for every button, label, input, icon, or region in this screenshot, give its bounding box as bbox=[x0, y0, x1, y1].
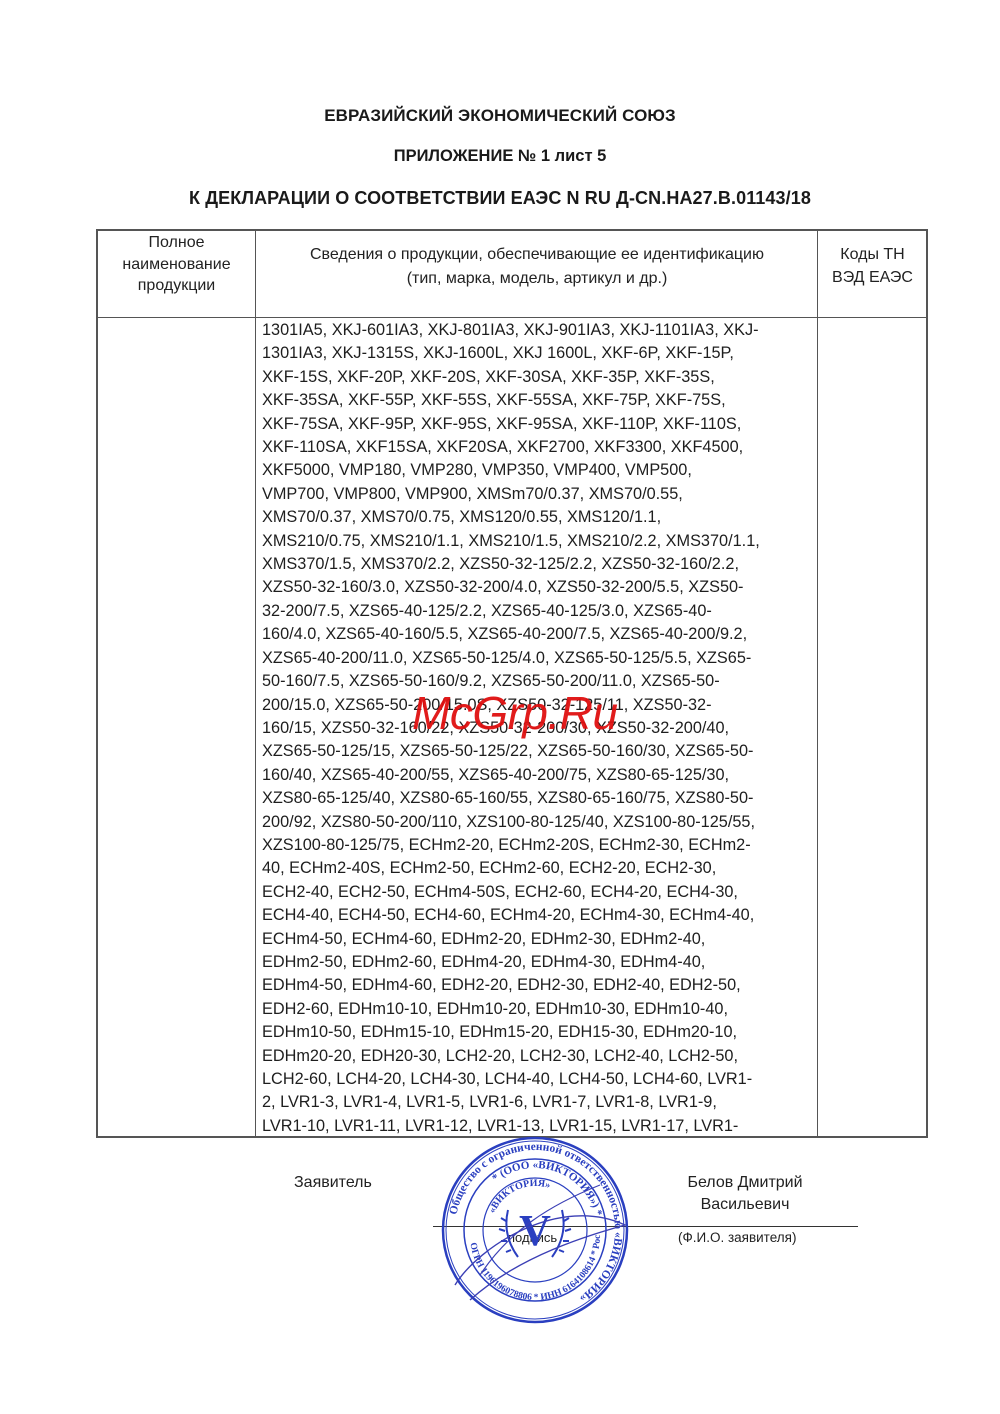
applicant-label: Заявитель bbox=[294, 1174, 372, 1192]
header-line: ВЭД ЕАЭС bbox=[819, 266, 926, 289]
identification-line: XMS370/1.5, XMS370/2.2, XZS50-32-125/2.2… bbox=[262, 553, 814, 576]
identification-line: ECHm4-50, ECHm4-60, EDHm2-20, EDHm2-30, … bbox=[262, 928, 814, 951]
identification-line: XZS100-80-125/75, ECHm2-20, ECHm2-20S, E… bbox=[262, 834, 814, 857]
column-header-identification: Сведения о продукции, обеспечивающие ее … bbox=[257, 243, 817, 329]
identification-line: EDHm20-20, EDH20-30, LCH2-20, LCH2-30, L… bbox=[262, 1045, 814, 1068]
products-table: Полное наименование продукции Сведения о… bbox=[96, 229, 928, 1138]
company-stamp: Общество с ограниченной ответственностью… bbox=[440, 1135, 630, 1325]
identification-line: XKF-35SA, XKF-55P, XKF-55S, XKF-55SA, XK… bbox=[262, 389, 814, 412]
declaration-title: К ДЕКЛАРАЦИИ О СООТВЕТСТВИИ ЕАЭС N RU Д-… bbox=[0, 188, 1000, 209]
applicant-name-line1: Белов Дмитрий bbox=[680, 1174, 810, 1192]
identification-line: XZS65-40-200/11.0, XZS65-50-125/4.0, XZS… bbox=[262, 647, 814, 670]
identification-line: XKF5000, VMP180, VMP280, VMP350, VMP400,… bbox=[262, 459, 814, 482]
header-line: (тип, марка, модель, артикул и др.) bbox=[257, 267, 817, 291]
stamp-emblem-letter: V bbox=[519, 1206, 551, 1255]
identification-cell: 1301IA5, XKJ-601IA3, XKJ-801IA3, XKJ-901… bbox=[262, 319, 814, 1138]
identification-line: XZS50-32-160/3.0, XZS50-32-200/4.0, XZS5… bbox=[262, 576, 814, 599]
identification-line: 40, ECHm2-40S, ECHm2-50, ECHm2-60, ECH2-… bbox=[262, 857, 814, 880]
identification-line: EDHm4-50, EDHm4-60, EDH2-20, EDH2-30, ED… bbox=[262, 974, 814, 997]
identification-line: XMS210/0.75, XMS210/1.1, XMS210/1.5, XMS… bbox=[262, 530, 814, 553]
identification-line: 1301IA3, XKJ-1315S, XKJ-1600L, XKJ 1600L… bbox=[262, 342, 814, 365]
applicant-name-line2: Васильевич bbox=[680, 1196, 810, 1214]
identification-line: 160/4.0, XZS65-40-160/5.5, XZS65-40-200/… bbox=[262, 623, 814, 646]
column-header-product-name: Полное наименование продукции bbox=[98, 232, 255, 318]
identification-line: 200/15.0, XZS65-50-200/15.0S, XZS50-32-1… bbox=[262, 694, 814, 717]
identification-line: XKF-15S, XKF-20P, XKF-20S, XKF-30SA, XKF… bbox=[262, 366, 814, 389]
identification-line: 160/15, XZS50-32-160/22, XZS50-32-200/30… bbox=[262, 717, 814, 740]
identification-line: XKF-110SA, XKF15SA, XKF20SA, XKF2700, XK… bbox=[262, 436, 814, 459]
identification-line: 50-160/7.5, XZS65-50-160/9.2, XZS65-50-2… bbox=[262, 670, 814, 693]
identification-line: EDHm2-50, EDHm2-60, EDHm4-20, EDHm4-30, … bbox=[262, 951, 814, 974]
identification-line: 160/40, XZS65-40-200/55, XZS65-40-200/75… bbox=[262, 764, 814, 787]
identification-line: XZS65-50-125/15, XZS65-50-125/22, XZS65-… bbox=[262, 740, 814, 763]
header-line: продукции bbox=[98, 275, 255, 297]
identification-line: ECH2-40, ECH2-50, ECHm4-50S, ECH2-60, EC… bbox=[262, 881, 814, 904]
union-title: ЕВРАЗИЙСКИЙ ЭКОНОМИЧЕСКИЙ СОЮЗ bbox=[0, 106, 1000, 126]
identification-line: EDHm10-50, EDHm15-10, EDHm15-20, EDH15-3… bbox=[262, 1021, 814, 1044]
identification-line: ECH4-40, ECH4-50, ECH4-60, ECHm4-20, ECH… bbox=[262, 904, 814, 927]
identification-line: 2, LVR1-3, LVR1-4, LVR1-5, LVR1-6, LVR1-… bbox=[262, 1091, 814, 1114]
identification-line: 1301IA5, XKJ-601IA3, XKJ-801IA3, XKJ-901… bbox=[262, 319, 814, 342]
identification-line: XKF-75SA, XKF-95P, XKF-95S, XKF-95SA, XK… bbox=[262, 413, 814, 436]
identification-line: LCH2-60, LCH4-20, LCH4-30, LCH4-40, LCH4… bbox=[262, 1068, 814, 1091]
identification-line: 32-200/7.5, XZS65-40-125/2.2, XZS65-40-1… bbox=[262, 600, 814, 623]
header-line: Сведения о продукции, обеспечивающие ее … bbox=[257, 243, 817, 267]
header-line: наименование bbox=[98, 254, 255, 276]
identification-line: XMS70/0.37, XMS70/0.75, XMS120/0.55, XMS… bbox=[262, 506, 814, 529]
appendix-title: ПРИЛОЖЕНИЕ № 1 лист 5 bbox=[0, 147, 1000, 166]
name-caption: (Ф.И.О. заявителя) bbox=[678, 1230, 796, 1245]
header-line: Коды ТН bbox=[819, 243, 926, 266]
identification-line: XZS80-65-125/40, XZS80-65-160/55, XZS80-… bbox=[262, 787, 814, 810]
identification-line: EDH2-60, EDHm10-10, EDHm10-20, EDHm10-30… bbox=[262, 998, 814, 1021]
column-divider bbox=[255, 231, 256, 1136]
column-divider bbox=[817, 231, 818, 1136]
header-line: Полное bbox=[98, 232, 255, 254]
identification-line: VMP700, VMP800, VMP900, XMSm70/0.37, XMS… bbox=[262, 483, 814, 506]
column-header-tn-ved-codes: Коды ТН ВЭД ЕАЭС bbox=[819, 243, 926, 329]
identification-line: 200/92, XZS80-50-200/110, XZS100-80-125/… bbox=[262, 811, 814, 834]
